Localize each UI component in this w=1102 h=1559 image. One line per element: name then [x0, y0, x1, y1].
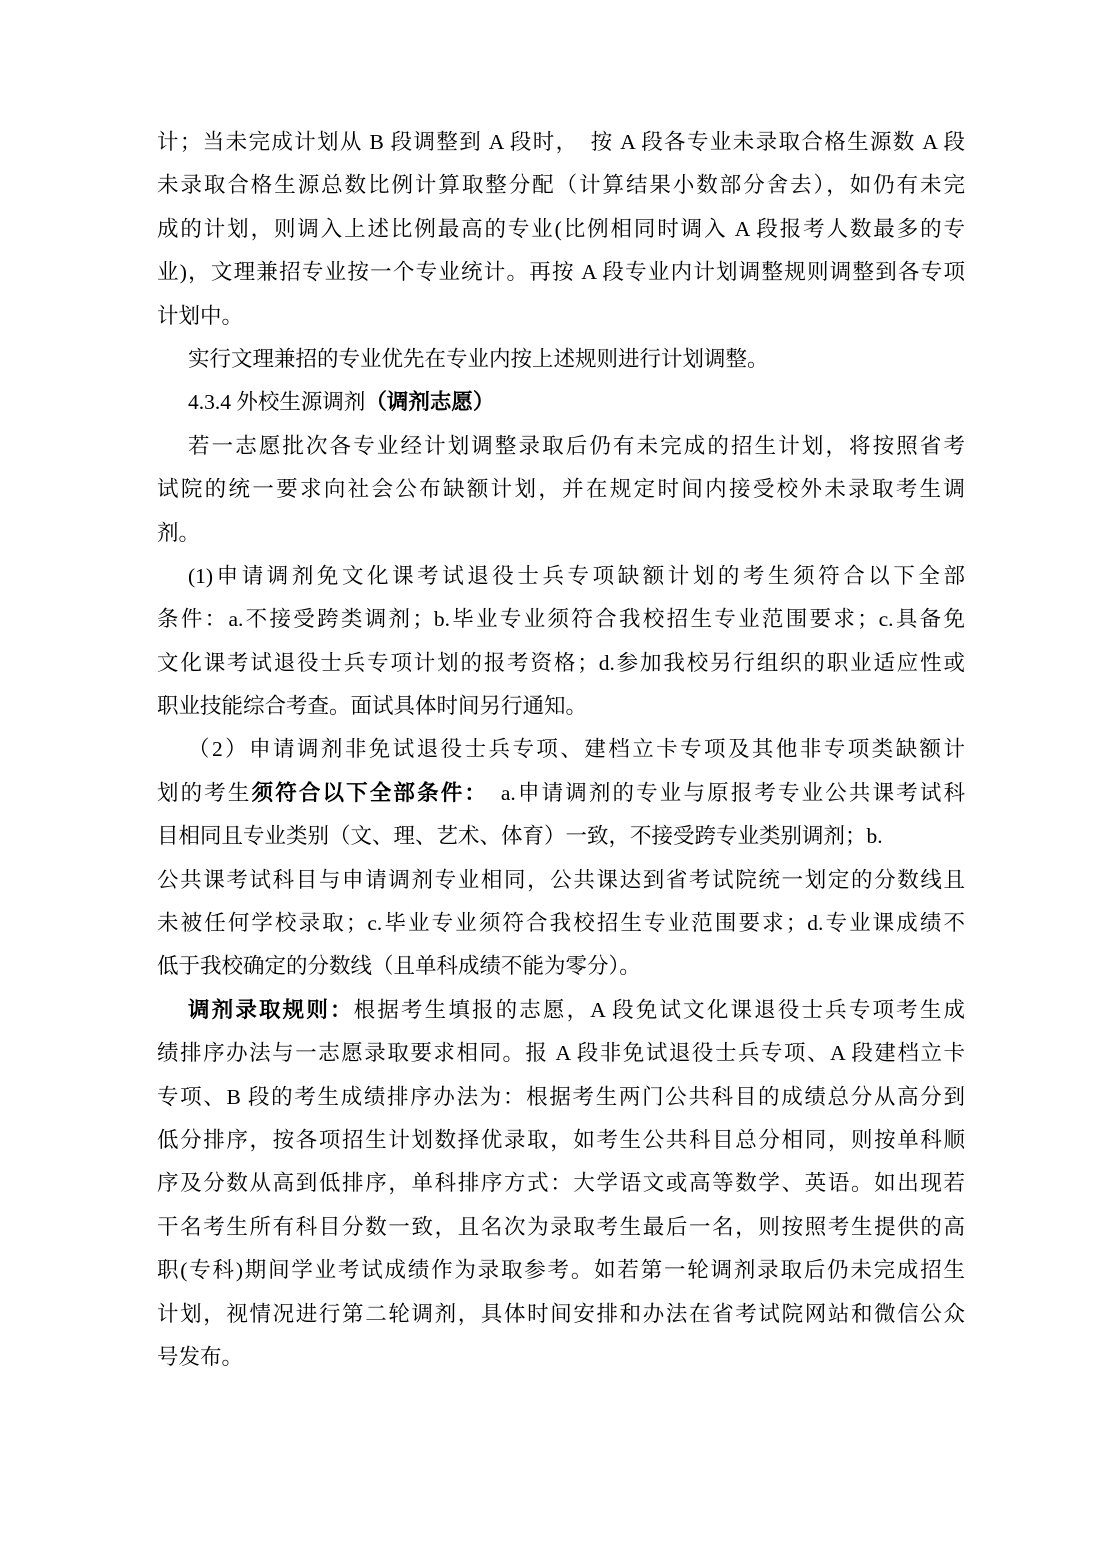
- text-line: 未被任何学校录取；c.毕业专业须符合我校招生专业范围要求；d.专业课成绩不: [157, 902, 965, 945]
- document-body: 计；当未完成计划从 B 段调整到 A 段时， 按 A 段各专业未录取合格生源数 …: [157, 121, 965, 1379]
- text-run: 根据考生填报的志愿，A 段免试文化课退役士兵专项考生成: [354, 998, 965, 1022]
- text-line: 试院的统一要求向社会公布缺额计划，并在规定时间内接受校外未录取考生调: [157, 468, 965, 511]
- bold-text-run: 须符合以下全部条件：: [252, 781, 478, 805]
- text-line: 4.3.4 外校生源调剂（调剂志愿）: [157, 381, 965, 424]
- text-run: 计划中。: [157, 304, 243, 328]
- text-run: 未录取合格生源总数比例计算取整分配（计算结果小数部分舍去），如仍有未完: [157, 173, 965, 197]
- text-run: 目相同且专业类别（文、理、艺术、体育）一致，不接受跨专业类别调剂；b.: [157, 824, 883, 848]
- text-line: 计划，视情况进行第二轮调剂，具体时间安排和办法在省考试院网站和微信公众: [157, 1293, 965, 1336]
- paragraph: (1)申请调剂免文化课考试退役士兵专项缺额计划的考生须符合以下全部条件：a.不接…: [157, 555, 965, 729]
- text-line: 计划中。: [157, 295, 965, 338]
- text-run: a.申请调剂的专业与原报考专业公共课考试科: [477, 781, 965, 805]
- document-page: 计；当未完成计划从 B 段调整到 A 段时， 按 A 段各专业未录取合格生源数 …: [0, 0, 1102, 1559]
- text-run: 序及分数从高到低排序，单科排序方式：大学语文或高等数学、英语。如出现若: [157, 1171, 965, 1195]
- paragraph: 计；当未完成计划从 B 段调整到 A 段时， 按 A 段各专业未录取合格生源数 …: [157, 121, 965, 338]
- text-line: 职(专科)期间学业考试成绩作为录取参考。如若第一轮调剂录取后仍未完成招生: [157, 1249, 965, 1292]
- text-line: 条件：a.不接受跨类调剂；b.毕业专业须符合我校招生专业范围要求；c.具备免: [157, 598, 965, 641]
- text-run: 低于我校确定的分数线（且单科成绩不能为零分）。: [157, 954, 641, 978]
- text-run: 划的考生: [157, 781, 252, 805]
- text-line: 计；当未完成计划从 B 段调整到 A 段时， 按 A 段各专业未录取合格生源数 …: [157, 121, 965, 164]
- text-line: 调剂录取规则：根据考生填报的志愿，A 段免试文化课退役士兵专项考生成: [157, 989, 965, 1032]
- text-line: （2）申请调剂非免试退役士兵专项、建档立卡专项及其他非专项类缺额计: [157, 728, 965, 771]
- text-line: 专项、B 段的考生成绩排序办法为：根据考生两门公共科目的成绩总分从高分到: [157, 1076, 965, 1119]
- text-run: (1)申请调剂免文化课考试退役士兵专项缺额计划的考生须符合以下全部: [188, 564, 965, 588]
- text-run: 绩排序办法与一志愿录取要求相同。报 A 段非免试退役士兵专项、A 段建档立卡: [157, 1041, 965, 1065]
- text-run: 条件：a.不接受跨类调剂；b.毕业专业须符合我校招生专业范围要求；c.具备免: [157, 607, 965, 631]
- text-run: （2）申请调剂非免试退役士兵专项、建档立卡专项及其他非专项类缺额计: [188, 737, 965, 761]
- text-run: 专项、B 段的考生成绩排序办法为：根据考生两门公共科目的成绩总分从高分到: [157, 1085, 965, 1109]
- text-line: 实行文理兼招的专业优先在专业内按上述规则进行计划调整。: [157, 338, 965, 381]
- text-run: 计划，视情况进行第二轮调剂，具体时间安排和办法在省考试院网站和微信公众: [157, 1302, 965, 1326]
- text-line: 绩排序办法与一志愿录取要求相同。报 A 段非免试退役士兵专项、A 段建档立卡: [157, 1032, 965, 1075]
- text-line: 号发布。: [157, 1336, 965, 1379]
- text-run: 未被任何学校录取；c.毕业专业须符合我校招生专业范围要求；d.专业课成绩不: [157, 911, 965, 935]
- text-run: 业)，文理兼招专业按一个专业统计。再按 A 段专业内计划调整规则调整到各专项: [157, 260, 965, 284]
- text-line: 未录取合格生源总数比例计算取整分配（计算结果小数部分舍去），如仍有未完: [157, 164, 965, 207]
- text-run: 试院的统一要求向社会公布缺额计划，并在规定时间内接受校外未录取考生调: [157, 477, 965, 501]
- text-line: 序及分数从高到低排序，单科排序方式：大学语文或高等数学、英语。如出现若: [157, 1162, 965, 1205]
- text-line: 低于我校确定的分数线（且单科成绩不能为零分）。: [157, 945, 965, 988]
- text-line: 低分排序，按各项招生计划数择优录取，如考生公共科目总分相同，则按单科顺: [157, 1119, 965, 1162]
- text-line: 职业技能综合考查。面试具体时间另行通知。: [157, 685, 965, 728]
- text-run: 公共课考试科目与申请调剂专业相同，公共课达到省考试院统一划定的分数线且: [157, 868, 965, 892]
- text-run: 若一志愿批次各专业经计划调整录取后仍有未完成的招生计划，将按照省考: [188, 434, 965, 458]
- text-line: 公共课考试科目与申请调剂专业相同，公共课达到省考试院统一划定的分数线且: [157, 859, 965, 902]
- section-heading: 4.3.4 外校生源调剂（调剂志愿）: [157, 381, 965, 424]
- text-line: 剂。: [157, 512, 965, 555]
- paragraph: 实行文理兼招的专业优先在专业内按上述规则进行计划调整。: [157, 338, 965, 381]
- bold-text-run: 调剂录取规则：: [188, 998, 354, 1022]
- text-line: 目相同且专业类别（文、理、艺术、体育）一致，不接受跨专业类别调剂；b.: [157, 815, 965, 858]
- text-run: 文化课考试退役士兵专项计划的报考资格；d.参加我校另行组织的职业适应性或: [157, 651, 965, 675]
- text-run: 号发布。: [157, 1345, 243, 1369]
- bold-text-run: （调剂志愿）: [365, 390, 494, 414]
- text-line: 若一志愿批次各专业经计划调整录取后仍有未完成的招生计划，将按照省考: [157, 425, 965, 468]
- text-line: 划的考生须符合以下全部条件： a.申请调剂的专业与原报考专业公共课考试科: [157, 772, 965, 815]
- text-run: 职业技能综合考查。面试具体时间另行通知。: [157, 694, 587, 718]
- text-line: 业)，文理兼招专业按一个专业统计。再按 A 段专业内计划调整规则调整到各专项: [157, 251, 965, 294]
- text-run: 剂。: [157, 521, 200, 545]
- text-run: 干名考生所有科目分数一致，且名次为录取考生最后一名，则按照考生提供的高: [157, 1215, 965, 1239]
- text-run: 实行文理兼招的专业优先在专业内按上述规则进行计划调整。: [188, 347, 769, 371]
- text-run: 计；当未完成计划从 B 段调整到 A 段时， 按 A 段各专业未录取合格生源数 …: [157, 130, 965, 154]
- text-line: 干名考生所有科目分数一致，且名次为录取考生最后一名，则按照考生提供的高: [157, 1206, 965, 1249]
- text-line: 文化课考试退役士兵专项计划的报考资格；d.参加我校另行组织的职业适应性或: [157, 642, 965, 685]
- text-run: 4.3.4 外校生源调剂: [188, 390, 365, 414]
- text-run: 成的计划，则调入上述比例最高的专业(比例相同时调入 A 段报考人数最多的专: [157, 217, 965, 241]
- paragraph: 调剂录取规则：根据考生填报的志愿，A 段免试文化课退役士兵专项考生成绩排序办法与…: [157, 989, 965, 1380]
- text-run: 职(专科)期间学业考试成绩作为录取参考。如若第一轮调剂录取后仍未完成招生: [157, 1258, 965, 1282]
- paragraph: 若一志愿批次各专业经计划调整录取后仍有未完成的招生计划，将按照省考试院的统一要求…: [157, 425, 965, 555]
- text-line: 成的计划，则调入上述比例最高的专业(比例相同时调入 A 段报考人数最多的专: [157, 208, 965, 251]
- text-line: (1)申请调剂免文化课考试退役士兵专项缺额计划的考生须符合以下全部: [157, 555, 965, 598]
- text-run: 低分排序，按各项招生计划数择优录取，如考生公共科目总分相同，则按单科顺: [157, 1128, 965, 1152]
- paragraph: （2）申请调剂非免试退役士兵专项、建档立卡专项及其他非专项类缺额计划的考生须符合…: [157, 728, 965, 988]
